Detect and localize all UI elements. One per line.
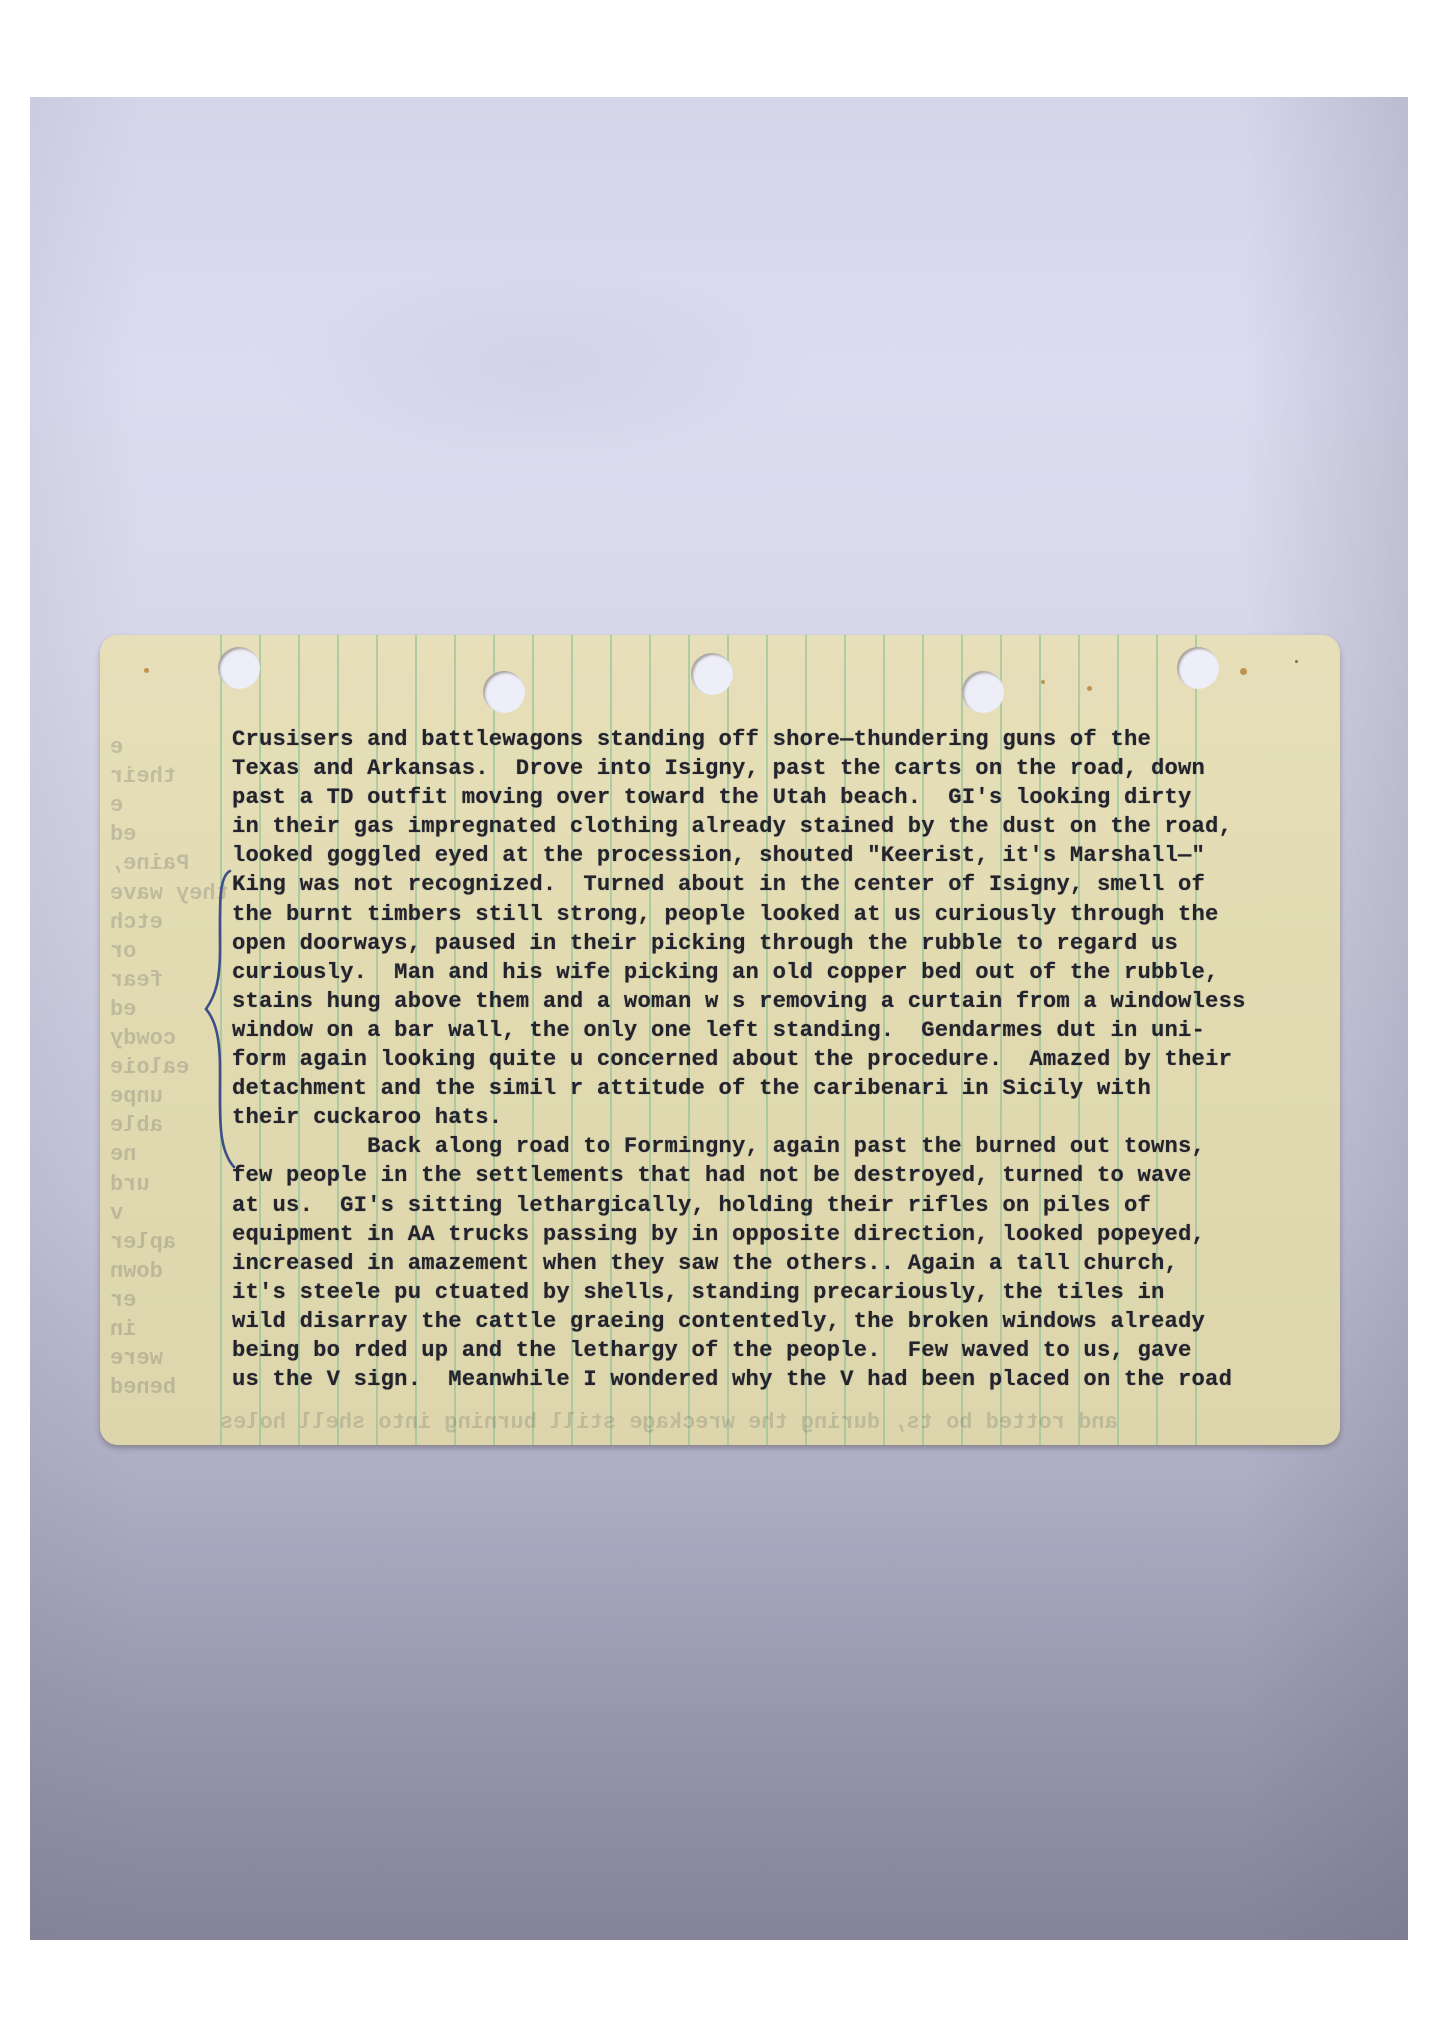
bleed-through-word: v — [110, 1201, 240, 1226]
ghost-letterhead — [260, 267, 820, 467]
bleed-through-word: down — [110, 1259, 240, 1284]
typed-line: it's steele pu ctuated by shells, standi… — [232, 1278, 1340, 1307]
binder-hole-4 — [962, 671, 1004, 713]
bleed-through-word: ed — [110, 822, 240, 847]
typed-line: past a TD outfit moving over toward the … — [232, 783, 1340, 812]
typed-line: stains hung above them and a woman w s r… — [232, 987, 1340, 1016]
typed-line: being bo rded up and the lethargy of the… — [232, 1336, 1340, 1365]
binder-hole-3 — [691, 653, 733, 695]
typed-line: King was not recognized. Turned about in… — [232, 870, 1340, 899]
typed-line: in their gas impregnated clothing alread… — [232, 812, 1340, 841]
typed-line: Back along road to Formingny, again past… — [232, 1132, 1340, 1161]
typed-text-body: Crusisers and battlewagons standing off … — [232, 725, 1340, 1394]
rust-spot — [1240, 668, 1247, 675]
typed-line: detachment and the simil r attitude of t… — [232, 1074, 1340, 1103]
typed-line: open doorways, paused in their picking t… — [232, 929, 1340, 958]
bleed-through-word: their — [110, 764, 240, 789]
typed-line: curiously. Man and his wife picking an o… — [232, 958, 1340, 987]
typed-line: their cuckaroo hats. — [232, 1103, 1340, 1132]
binder-hole-5 — [1177, 647, 1219, 689]
bleed-through-word: e — [110, 793, 240, 818]
rust-spot — [144, 668, 149, 673]
rust-spot — [1087, 686, 1092, 691]
rust-spot — [1295, 660, 1298, 663]
typed-line: the burnt timbers still strong, people l… — [232, 900, 1340, 929]
bleed-through-bottom: and rotted bo ts, during the wreckage st… — [220, 1410, 1118, 1435]
bleed-through-word: were — [110, 1346, 240, 1371]
rust-spot — [1041, 680, 1045, 684]
typed-line: form again looking quite u concerned abo… — [232, 1045, 1340, 1074]
typed-line: Crusisers and battlewagons standing off … — [232, 725, 1340, 754]
bleed-through-word: in — [110, 1317, 240, 1342]
binder-hole-2 — [483, 671, 525, 713]
typed-line: looked goggled eyed at the procession, s… — [232, 841, 1340, 870]
typed-line: us the V sign. Meanwhile I wondered why … — [232, 1365, 1340, 1394]
typed-line: Texas and Arkansas. Drove into Isigny, p… — [232, 754, 1340, 783]
binder-hole-1 — [218, 647, 260, 689]
typed-line: few people in the settlements that had n… — [232, 1161, 1340, 1190]
bleed-through-word: e — [110, 735, 240, 760]
typed-line: at us. GI's sitting lethargically, holdi… — [232, 1191, 1340, 1220]
bleed-through-word: bened — [110, 1375, 240, 1400]
typed-line: increased in amazement when they saw the… — [232, 1249, 1340, 1278]
bleed-through-word: urd — [110, 1172, 240, 1197]
bleed-through-word: er — [110, 1288, 240, 1313]
bleed-through-word: apler — [110, 1230, 240, 1255]
typed-line: wild disarray the cattle graeing content… — [232, 1307, 1340, 1336]
typed-line: equipment in AA trucks passing by in opp… — [232, 1220, 1340, 1249]
typed-line: window on a bar wall, the only one left … — [232, 1016, 1340, 1045]
index-card: etheireedPaine,they waveetchorfearedcowd… — [100, 635, 1340, 1445]
